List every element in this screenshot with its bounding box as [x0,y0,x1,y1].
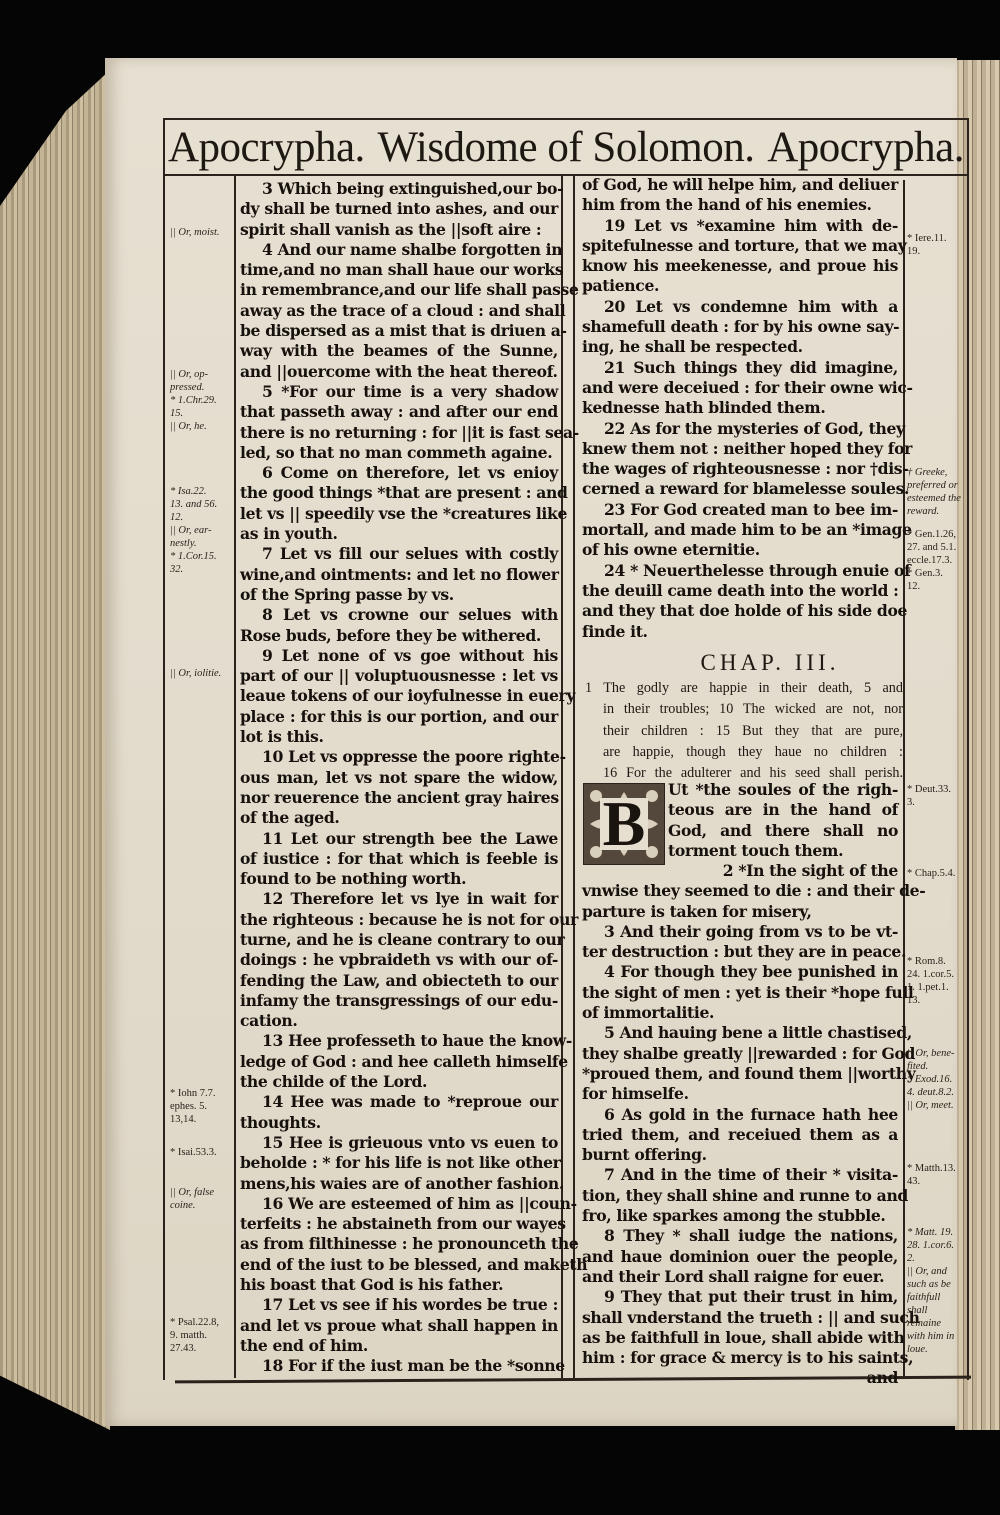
text-line: time,and no man shall haue our works [240,260,558,280]
margin-note: * Gen.1.26, 27. and 5.1. eccle.17.3. * G… [907,528,956,593]
text-line: wine,and ointments: and let no flower [240,565,558,585]
text-line: 6 Come on therefore, let vs enioy [240,463,558,483]
text-line: led, so that no man commeth againe. [240,443,558,463]
text-line: Rose buds, before they be withered. [240,626,558,646]
text-line: the childe of the Lord. [240,1072,558,1092]
text-line: place : for this is our portion, and our [240,707,558,727]
text-line: ledge of God : and hee calleth himselfe [240,1052,558,1072]
text-line: know his meekenesse, and proue his [582,256,898,276]
text-line: ing, he shall be respected. [582,337,898,357]
text-line: turne, and he is cleane contrary to our [240,930,558,950]
text-line: 5 And hauing bene a little chastised, [582,1023,898,1043]
margin-note: * Isa.22. 13. and 56. 12. || Or, ear- ne… [170,485,217,576]
margin-note: * Rom.8. 24. 1.cor.5. 1. 1.pet.1. 13. [907,955,954,1007]
text-line: of the Spring passe by vs. [240,585,558,605]
text-line: 8 Let vs crowne our selues with [240,605,558,625]
text-line: 2 *In the sight of the [582,861,898,881]
text-line: tion, they shall shine and runne to and [582,1186,898,1206]
text-line: knew them not : neither hoped they for [582,439,898,459]
text-line: 10 Let vs oppresse the poore righte- [240,747,558,767]
text-line: 24 * Neuerthelesse through enuie of [582,561,898,581]
text-line: way with the beames of the Sunne, [240,341,558,361]
text-line: spitefulnesse and torture, that we may [582,236,898,256]
left-text-column: 3 Which being extinguished,our bo-dy sha… [240,179,558,1377]
running-head-left: Apocrypha. [168,123,365,172]
text-line: as in youth. [240,524,558,544]
text-line: and were deceiued : for their owne wic- [582,378,898,398]
text-line: nor reuerence the ancient gray haires [240,788,558,808]
text-line: parture is taken for misery, [582,902,898,922]
text-line: Ut *the soules of the righ- [668,780,898,800]
text-line: 13 Hee professeth to haue the know- [240,1031,558,1051]
text-line: 4 And our name shalbe forgotten in [240,240,558,260]
text-line: 1 The godly are happie in their death, 5… [585,678,903,699]
text-line: they shalbe greatly ||rewarded : for God [582,1044,898,1064]
text-line: be dispersed as a mist that is driuen a- [240,321,558,341]
text-line: him : for grace & mercy is to his saints… [582,1348,898,1368]
text-line: dy shall be turned into ashes, and our [240,199,558,219]
text-line: shall vnderstand the trueth : || and suc… [582,1308,898,1328]
margin-note: * Chap.5.4. [907,867,955,880]
text-line: 4 For though they bee punished in [582,962,898,982]
text-line: 20 Let vs condemne him with a [582,297,898,317]
text-line: as from filthinesse : he pronounceth the [240,1234,558,1254]
drop-cap-letter: B [603,787,646,861]
text-line: fro, like sparkes among the stubble. [582,1206,898,1226]
margin-note: || Or, bene- fited. * Exod.16. 4. deut.8… [907,1047,954,1112]
margin-note: || Or, moist. [170,226,220,239]
text-line: beholde : * for his life is not like oth… [240,1153,558,1173]
text-line: ous man, let vs not spare the widow, [240,768,558,788]
text-line: shamefull death : for by his owne say- [582,317,898,337]
text-line: 6 As gold in the furnace hath hee [582,1105,898,1125]
running-head-right: Apocrypha. [767,123,964,172]
text-line: teous are in the hand of [668,800,898,820]
text-line: 3 Which being extinguished,our bo- [240,179,558,199]
text-line: cation. [240,1011,558,1031]
text-line: tried them, and receiued them as a [582,1125,898,1145]
text-line: ter destruction : but they are in peace. [582,942,898,962]
text-line: 15 Hee is grieuous vnto vs euen to [240,1133,558,1153]
chapter-heading: CHAP. III. [580,650,960,676]
text-line: of the aged. [240,808,558,828]
text-line: of his owne eternitie. [582,540,898,560]
text-line: and their Lord shall raigne for euer. [582,1267,898,1287]
text-line: 7 Let vs fill our selues with costly [240,544,558,564]
text-line: of immortalitie. [582,1003,898,1023]
margin-note: * Matt. 19. 28. 1.cor.6. 2. || Or, and s… [907,1226,963,1356]
text-line: 22 As for the mysteries of God, they [582,419,898,439]
text-line: 9 They that put their trust in him, [582,1287,898,1307]
text-line: *proued them, and found them ||worthy [582,1064,898,1084]
chapter-summary: 1 The godly are happie in their death, 5… [585,678,903,784]
margin-note: * Isai.53.3. [170,1146,217,1159]
text-line: and [582,1368,898,1388]
left-margin-rule [234,176,236,1378]
text-line: that passeth away : and after our end [240,402,558,422]
text-line: burnt offering. [582,1145,898,1165]
text-line: fending the Law, and obiecteth to our [240,971,558,991]
text-line: their children : 15 But they that are pu… [585,721,903,742]
text-line: and they that doe holde of his side doe [582,601,898,621]
text-line: 16 We are esteemed of him as ||coun- [240,1194,558,1214]
text-line: kednesse hath blinded them. [582,398,898,418]
text-line: 12 Therefore let vs lye in wait for [240,889,558,909]
text-line: 21 Such things they did imagine, [582,358,898,378]
text-line: the wages of righteousnesse : nor †dis- [582,459,898,479]
text-line: as be faithfull in loue, shall abide wit… [582,1328,898,1348]
right-text-column-top: of God, he will helpe him, and deliuerhi… [582,175,898,642]
text-line: infamy the transgressings of our edu- [240,991,558,1011]
text-line: 18 For if the iust man be the *sonne [240,1356,558,1376]
text-line: leaue tokens of our ioyfulnesse in euery [240,686,558,706]
text-line: him from the hand of his enemies. [582,195,898,215]
text-line: 19 Let vs *examine him with de- [582,216,898,236]
text-line: 9 Let none of vs goe without his [240,646,558,666]
text-line: in remembrance,and our life shall passe [240,280,558,300]
text-line: 23 For God created man to bee im- [582,500,898,520]
text-line: cerned a reward for blamelesse soules. [582,479,898,499]
text-line: of iustice : for that which is feeble is [240,849,558,869]
text-line: lot is this. [240,727,558,747]
book-page-edges [0,70,110,1430]
text-line: doings : he vpbraideth vs with our of- [240,950,558,970]
text-line: finde it. [582,622,898,642]
text-line: mortall, and made him to be an *image [582,520,898,540]
text-line: mens,his waies are of another fashion. [240,1174,558,1194]
margin-note: * Deut.33. 3. [907,783,951,809]
text-line: his boast that God is his father. [240,1275,558,1295]
text-line: for himselfe. [582,1084,898,1104]
text-line: 14 Hee was made to *reproue our [240,1092,558,1112]
drop-cap-ornament: B [583,783,665,865]
right-text-dropcap-lines: Ut *the soules of the righ-teous are in … [668,780,898,861]
text-line: the good things *that are present : and [240,483,558,503]
running-head-title: Wisdome of Solomon. [378,123,755,172]
text-line: there is no returning : for ||it is fast… [240,423,558,443]
text-line: 11 Let our strength bee the Lawe [240,829,558,849]
margin-note: || Or, op- pressed. * 1.Chr.29. 15. || O… [170,368,217,433]
text-line: found to be nothing worth. [240,869,558,889]
text-line: end of the iust to be blessed, and maket… [240,1255,558,1275]
margin-note: * Iere.11. 19. [907,232,947,258]
text-line: vnwise they seemed to die : and their de… [582,881,898,901]
margin-note: * Matth.13. 43. [907,1162,956,1188]
text-line: let vs || speedily vse the *creatures li… [240,504,558,524]
margin-note: || Or, iolitie. [170,667,221,680]
text-line: thoughts. [240,1113,558,1133]
text-line: 7 And in the time of their * visita- [582,1165,898,1185]
text-line: terfeits : he abstaineth from our wayes [240,1214,558,1234]
text-line: the deuill came death into the world : [582,581,898,601]
text-line: away as the trace of a cloud : and shall [240,301,558,321]
running-head: Apocrypha. Wisdome of Solomon. Apocrypha… [168,120,964,174]
text-line: of God, he will helpe him, and deliuer [582,175,898,195]
text-line: the righteous : because he is not for ou… [240,910,558,930]
text-line: part of our || voluptuousnesse : let vs [240,666,558,686]
text-line: 3 And their going from vs to be vt- [582,922,898,942]
text-line: 5 *For our time is a very shadow [240,382,558,402]
margin-note: || Or, false coine. [170,1186,214,1212]
text-line: and ||ouercome with the heat thereof. [240,362,558,382]
text-line: 17 Let vs see if his wordes be true : [240,1295,558,1315]
text-line: patience. [582,276,898,296]
text-line: spirit shall vanish as the ||soft aire : [240,220,558,240]
text-line: torment touch them. [668,841,898,861]
text-line: God, and there shall no [668,821,898,841]
margin-note: * Psal.22.8, 9. matth. 27.43. [170,1316,219,1355]
margin-note: * Iohn 7.7. ephes. 5. 13,14. [170,1087,216,1126]
text-line: and let vs proue what shall happen in [240,1316,558,1336]
text-line: 8 They * shall iudge the nations, [582,1226,898,1246]
text-line: and haue dominion ouer the people, [582,1247,898,1267]
right-text-column-bottom: 2 *In the sight of thevnwise they seemed… [582,861,898,1389]
text-line: the end of him. [240,1336,558,1356]
text-line: the sight of men : yet is their *hope fu… [582,983,898,1003]
text-line: are happie, though they haue no children… [585,742,903,763]
margin-note: † Greeke, preferred or esteemed the rewa… [907,466,961,518]
text-line: in their troubles; 10 The wicked are not… [585,699,903,720]
